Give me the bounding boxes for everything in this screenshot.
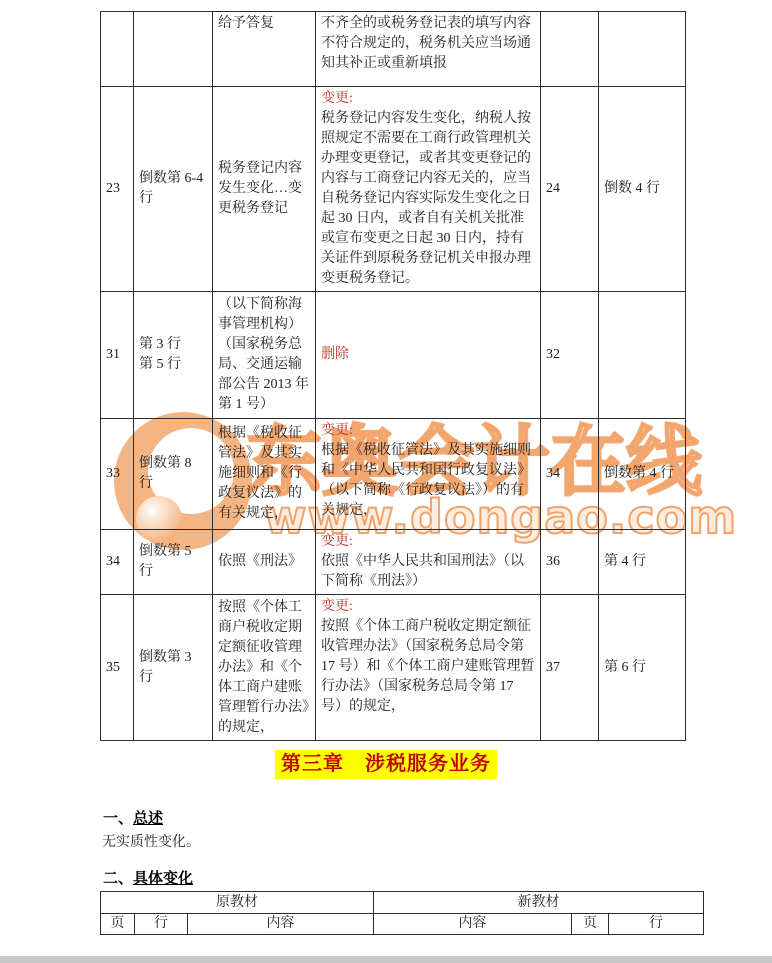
table-row: 31 第 3 行 第 5 行 （以下简称海事管理机构）（国家税务总局、交通运输部… [101,292,686,419]
old-line-cell: 倒数第 3 行 [134,595,213,741]
col-header-content: 内容 [188,914,374,935]
old-line-cell: 倒数第 6-4 行 [134,87,213,292]
new-content-text: 按照《个体工商户税收定期定额征收管理办法》（国家税务总局令第 17 号）和《个体… [321,619,535,714]
change-label: 删除 [321,345,535,365]
new-line-cell [599,12,686,87]
old-content-cell: 根据《税收征管法》及其实施细则和《行政复议法》的有关规定， [213,419,316,530]
new-page-cell: 32 [541,292,599,419]
change-label: 变更: [321,597,535,617]
new-line-cell [599,292,686,419]
change-label: 变更: [321,421,535,441]
new-content-cell: 变更: 根据《税收征管法》及其实施细则和《中华人民共和国行政复议法》（以下简称《… [316,419,541,530]
table-row: 33 倒数第 8 行 根据《税收征管法》及其实施细则和《行政复议法》的有关规定，… [101,419,686,530]
change-label: 变更: [321,89,535,109]
col-header-line: 行 [135,914,188,935]
change-label: 变更: [321,532,535,552]
table-row: 34 倒数第 5 行 依照《刑法》 变更: 依照《中华人民共和国刑法》（以下简称… [101,530,686,595]
changes-table-header: 原教材 新教材 页 行 内容 内容 页 行 [100,891,704,935]
new-page-cell: 34 [541,419,599,530]
new-content-cell: 变更: 依照《中华人民共和国刑法》（以下简称《刑法》） [316,530,541,595]
section-title-text: 具体变化 [133,871,193,887]
col-header-page: 页 [572,914,609,935]
col-header-content: 内容 [374,914,572,935]
old-content-cell: （以下简称海事管理机构）（国家税务总局、交通运输部公告 2013 年第 1 号） [213,292,316,419]
old-line-cell [134,12,213,87]
section-changes-title: 二、具体变化 [103,869,193,889]
new-content-text: 依照《中华人民共和国刑法》（以下简称《刑法》） [321,554,524,589]
new-line-cell: 第 6 行 [599,595,686,741]
document-page: 东奥会计在线 www.dongao.com 给予答复 不齐全的或税务登记表的填写… [0,0,772,963]
old-line-cell: 第 3 行 第 5 行 [134,292,213,419]
new-content-text: 不齐全的或税务登记表的填写内容不符合规定的，税务机关应当场通知其补正或重新填报 [321,16,531,71]
new-page-cell: 37 [541,595,599,741]
old-page-cell: 34 [101,530,134,595]
table-row: 23 倒数第 6-4 行 税务登记内容发生变化…变更税务登记 变更: 税务登记内… [101,87,686,292]
old-content-cell: 按照《个体工商户税收定期定额征收管理办法》和《个体工商户建账管理暂行办法》的规定… [213,595,316,741]
section-number: 一、 [103,811,133,827]
group-header-row: 原教材 新教材 [101,892,704,914]
old-content-cell: 税务登记内容发生变化…变更税务登记 [213,87,316,292]
old-page-cell: 33 [101,419,134,530]
new-page-cell: 36 [541,530,599,595]
new-content-cell: 不齐全的或税务登记表的填写内容不符合规定的，税务机关应当场通知其补正或重新填报 [316,12,541,87]
old-page-cell: 31 [101,292,134,419]
new-line-cell: 倒数 4 行 [599,87,686,292]
table-row: 给予答复 不齐全的或税务登记表的填写内容不符合规定的，税务机关应当场通知其补正或… [101,12,686,87]
new-content-cell: 变更: 税务登记内容发生变化，纳税人按照规定不需要在工商行政管理机关办理变更登记… [316,87,541,292]
new-line-cell: 倒数第 4 行 [599,419,686,530]
section-title-text: 总述 [133,811,163,827]
new-content-text: 税务登记内容发生变化，纳税人按照规定不需要在工商行政管理机关办理变更登记，或者其… [321,111,531,286]
old-content-cell: 给予答复 [213,12,316,87]
new-content-cell: 变更: 按照《个体工商户税收定期定额征收管理办法》（国家税务总局令第 17 号）… [316,595,541,741]
new-page-cell: 24 [541,87,599,292]
old-content-cell: 依照《刑法》 [213,530,316,595]
new-textbook-header: 新教材 [374,892,704,914]
col-header-line: 行 [609,914,704,935]
new-page-cell [541,12,599,87]
chapter-heading-wrap: 第三章 涉税服务业务 [0,750,772,779]
page-bottom-edge [0,956,772,963]
col-header-page: 页 [101,914,135,935]
chapter-heading: 第三章 涉税服务业务 [275,750,497,779]
comparison-table: 给予答复 不齐全的或税务登记表的填写内容不符合规定的，税务机关应当场通知其补正或… [100,11,686,741]
old-line-cell: 倒数第 5 行 [134,530,213,595]
old-line-cell: 倒数第 8 行 [134,419,213,530]
new-content-cell: 删除 [316,292,541,419]
old-page-cell [101,12,134,87]
section-number: 二、 [103,871,133,887]
old-textbook-header: 原教材 [101,892,374,914]
old-page-cell: 35 [101,595,134,741]
new-content-text: 根据《税收征管法》及其实施细则和《中华人民共和国行政复议法》（以下简称《行政复议… [321,443,531,518]
table-row: 35 倒数第 3 行 按照《个体工商户税收定期定额征收管理办法》和《个体工商户建… [101,595,686,741]
new-line-cell: 第 4 行 [599,530,686,595]
column-header-row: 页 行 内容 内容 页 行 [101,914,704,935]
section-overview-title: 一、总述 [103,809,163,829]
old-page-cell: 23 [101,87,134,292]
section-overview-body: 无实质性变化。 [102,833,200,853]
